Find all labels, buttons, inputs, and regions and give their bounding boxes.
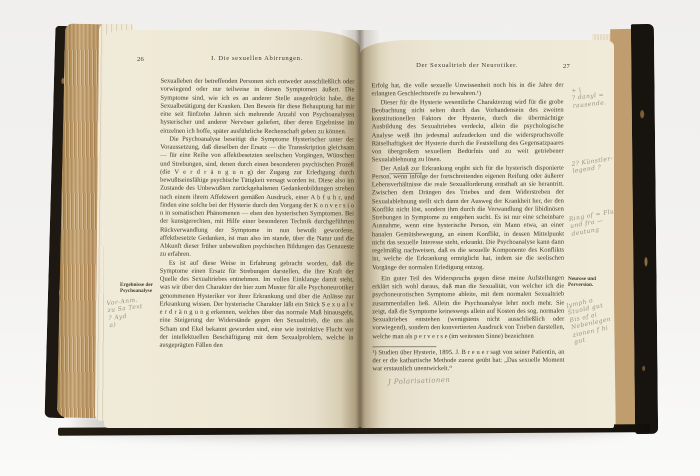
body-paragraph: Die Psychoanalyse beseitigt die Symptome…	[160, 135, 354, 259]
book-cover-right-edge	[631, 24, 658, 434]
photo-background: 26 I. Die sexuellen Abirrungen. Sexualle…	[0, 0, 700, 476]
right-running-head: Der Sexualtrieb der Neurotiker.	[367, 62, 567, 69]
left-handwritten-annotation: Vor-Anm. zu Sa Text ? Ayd a)	[106, 296, 145, 330]
right-printed-margin-note: Neurose und Perversion.	[568, 276, 610, 289]
left-page: 26 I. Die sexuellen Abirrungen. Sexualle…	[104, 30, 360, 428]
body-paragraph: Der Anlaß zur Erkrankung ergibt sich für…	[372, 164, 564, 272]
body-paragraph: Erfolg hat, die volle sexuelle Unwissenh…	[371, 82, 563, 99]
footnote: ¹) Studien über Hysterie, 1895. J. B r e…	[372, 348, 564, 373]
body-paragraph: Es ist auf diese Weise in Erfahrung gebr…	[160, 259, 354, 350]
right-page: Der Sexualtrieb der Neurotiker. 27 Erfol…	[360, 40, 614, 428]
left-text-column: Sexualleben der betreffenden Personen si…	[160, 78, 355, 351]
right-page-number: 27	[563, 63, 570, 70]
left-printed-margin-note: Ergebnisse der Psychoanalyse	[120, 282, 160, 295]
right-handwritten-annotation-top: + | ? danyl = rausende.	[571, 84, 607, 110]
body-paragraph: Sexualleben der betreffenden Personen si…	[160, 78, 354, 136]
body-paragraph: Dieser für die Hysterie wesentliche Char…	[372, 98, 564, 165]
body-paragraph: Ein guter Teil des Widerspruchs gegen di…	[372, 274, 564, 341]
right-handwritten-annotation-mid1: 2? Künstler- legend ?	[571, 155, 614, 175]
left-running-head: I. Die sexuellen Abirrungen.	[157, 55, 357, 62]
footnote-rule	[372, 346, 436, 347]
handwritten-note-below-footnote: J Polarisationen	[388, 377, 450, 387]
right-text-column: Erfolg hat, die volle sexuelle Unwissenh…	[371, 82, 564, 374]
book-gutter-shadow	[340, 30, 380, 430]
right-handwritten-annotation-mid2: Ring of = Flu und fra — deutung	[568, 208, 617, 238]
right-handwritten-annotation-lower: lymph o Stuold gut Bis of ei Nebenlegen …	[566, 294, 615, 346]
left-page-number: 26	[137, 56, 144, 63]
